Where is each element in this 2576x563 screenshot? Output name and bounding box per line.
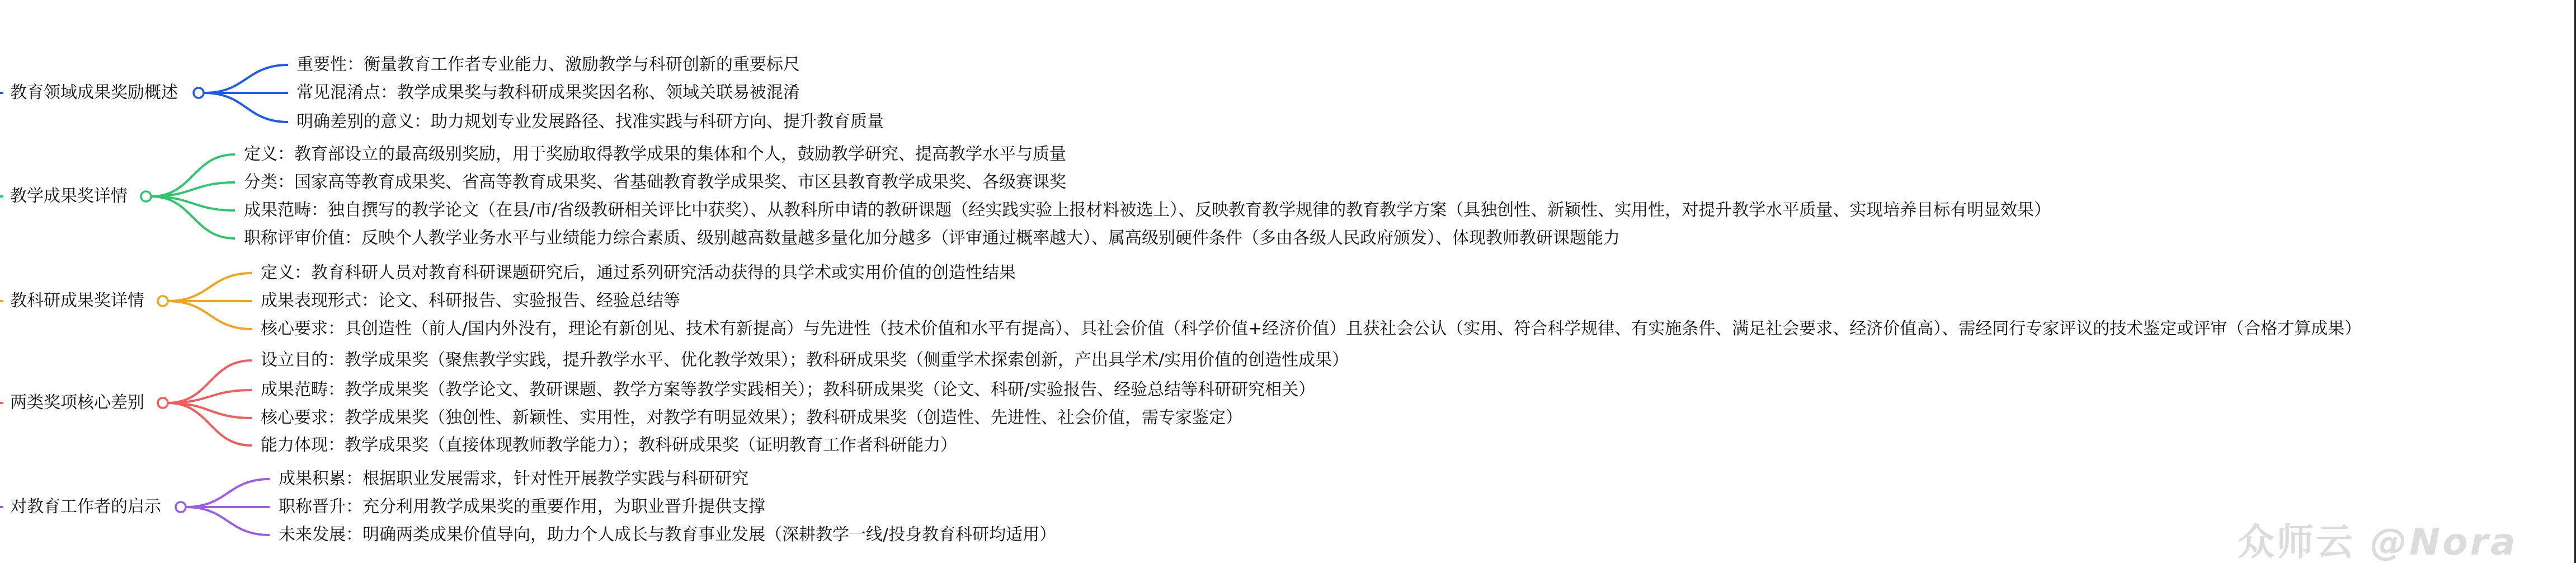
node-diff-requirements[interactable]: 核心要求：教学成果奖（独创性、新颖性、实用性，对教学有明显效果）；教科研成果奖（… [261, 408, 1242, 428]
node-teaching-categories[interactable]: 分类：国家高等教育成果奖、省高等教育成果奖、省基础教育教学成果奖、市区县教育教学… [244, 172, 1066, 193]
topic-teaching-award-details[interactable]: 教学成果奖详情 [10, 186, 128, 207]
topic-awards-overview[interactable]: 教育领域成果奖励概述 [10, 83, 178, 103]
node-research-forms[interactable]: 成果表现形式：论文、科研报告、实验报告、经验总结等 [261, 291, 680, 311]
mindmap-canvas: 教育领域成果奖励概述 重要性：衡量教育工作者专业能力、激励教学与科研创新的重要标… [0, 0, 2576, 563]
node-common-confusion[interactable]: 常见混淆点：教学成果奖与教科研成果奖因名称、领域关联易被混淆 [296, 83, 800, 103]
node-teaching-title-value[interactable]: 职称评审价值：反映个人教学业务水平与业绩能力综合素质、级别越高数量越多量化加分越… [244, 228, 1620, 248]
node-achievement-accumulation[interactable]: 成果积累：根据职业发展需求，针对性开展教学实践与科研研究 [279, 469, 748, 489]
node-significance[interactable]: 明确差别的意义：助力规划专业发展路径、找准实践与科研方向、提升教育质量 [296, 112, 884, 132]
topic-research-award-details[interactable]: 教科研成果奖详情 [10, 291, 144, 311]
watermark-handle: @Nora [2370, 520, 2518, 563]
node-teaching-scope[interactable]: 成果范畴：独自撰写的教学论文（在县/市/省级教研相关评比中获奖）、从教科所申请的… [244, 200, 2051, 220]
topic-core-differences[interactable]: 两类奖项核心差别 [10, 393, 144, 413]
node-teaching-definition[interactable]: 定义：教育部设立的最高级别奖励，用于奖励取得教学成果的集体和个人，鼓励教学研究、… [244, 144, 1066, 165]
node-research-requirements[interactable]: 核心要求：具创造性（前人/国内外没有，理论有新创见、技术有新提高）与先进性（技术… [261, 319, 2361, 339]
node-diff-scope[interactable]: 成果范畴：教学成果奖（教学论文、教研课题、教学方案等教学实践相关）；教科研成果奖… [261, 380, 1315, 400]
node-research-definition[interactable]: 定义：教育科研人员对教育科研课题研究后，通过系列研究活动获得的具学术或实用价值的… [261, 263, 1016, 283]
watermark-brand: 众师云 [2238, 520, 2355, 563]
node-diff-purpose[interactable]: 设立目的：教学成果奖（聚焦教学实践，提升教学水平、优化教学效果）；教科研成果奖（… [261, 350, 1349, 370]
node-importance[interactable]: 重要性：衡量教育工作者专业能力、激励教学与科研创新的重要标尺 [296, 55, 800, 75]
topic-implications[interactable]: 对教育工作者的启示 [10, 497, 161, 517]
node-future-development[interactable]: 未来发展：明确两类成果价值导向，助力个人成长与教育事业发展（深耕教学一线/投身教… [279, 525, 1056, 545]
node-title-promotion[interactable]: 职称晋升：充分利用教学成果奖的重要作用，为职业晋升提供支撑 [279, 497, 765, 517]
watermark: 众师云 @Nora [2238, 512, 2518, 563]
node-diff-ability[interactable]: 能力体现：教学成果奖（直接体现教师教学能力）；教科研成果奖（证明教育工作者科研能… [261, 435, 957, 456]
